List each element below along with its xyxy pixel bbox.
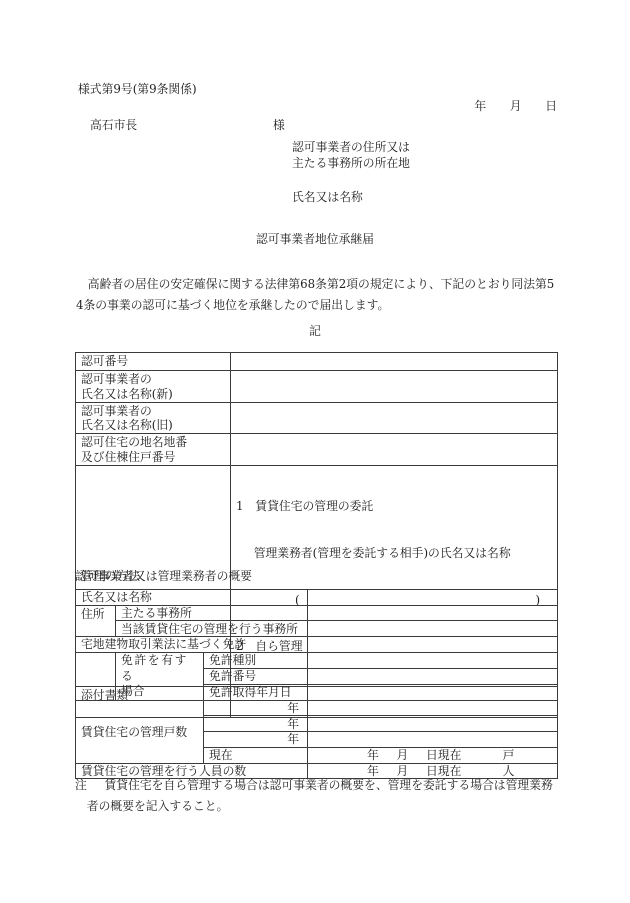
recipient-name: 高石市長 xyxy=(90,118,137,133)
units-current-label-cell: 現在 xyxy=(204,747,308,763)
overview-address-label-cell: 住所 xyxy=(76,605,116,636)
license-value-cell xyxy=(308,637,558,653)
units-year2-label-cell: 年 xyxy=(204,716,308,732)
management-option-1: 1 賃貸住宅の管理の委託 xyxy=(236,499,557,515)
recipient-honorific: 様 xyxy=(273,118,285,133)
managing-office-label-cell: 当該賃貸住宅の管理を行う事務所 xyxy=(116,621,308,637)
note-line-2: 者の概要を記入すること。 xyxy=(75,799,228,814)
license-label-cell: 宅地建物取引業法に基づく免許 xyxy=(76,637,308,653)
management-option-1-detail: 管理業務者(管理を委託する相手)の氏名又は名称 xyxy=(236,546,557,562)
operator-name-old-value-cell xyxy=(231,402,558,434)
license-case-label-cell: 免許を有する 場合 xyxy=(116,652,204,700)
main-office-value-cell xyxy=(308,605,558,621)
license-spacer-cell xyxy=(76,652,116,700)
body-line-1: 高齢者の居住の安定確保に関する法律第68条第2項の規定により、下記のとおり同法第… xyxy=(76,277,554,292)
approval-number-value-cell xyxy=(231,353,558,371)
operator-name-new-label-cell: 認可事業者の 氏名又は名称(新) xyxy=(76,371,231,403)
units-current-value-cell: 年 月 日現在 戸 xyxy=(308,747,558,763)
license-number-label-cell: 免許番号 xyxy=(204,668,308,684)
units-year2-value-cell xyxy=(308,716,558,732)
date-line: 年 月 日 xyxy=(380,99,557,114)
applicant-address-label-line2: 主たる事務所の所在地 xyxy=(292,156,410,171)
applicant-name-label: 氏名又は名称 xyxy=(292,190,363,205)
license-date-label-cell: 免許取得年月日 xyxy=(204,684,308,700)
applicant-address-label-line1: 認可事業者の住所又は xyxy=(292,140,410,155)
operator-name-new-value-cell xyxy=(231,371,558,403)
units-year3-value-cell xyxy=(308,732,558,748)
record-marker: 記 xyxy=(0,324,630,339)
overview-table: 氏名又は名称 住所 主たる事務所 当該賃貸住宅の管理を行う事務所 宅地建物取引業… xyxy=(75,589,558,779)
form-number: 様式第9号(第9条関係) xyxy=(78,82,197,97)
license-number-value-cell xyxy=(308,668,558,684)
housing-location-value-cell xyxy=(231,434,558,466)
units-year1-value-cell xyxy=(308,700,558,716)
managing-office-value-cell xyxy=(308,621,558,637)
license-date-value-cell xyxy=(308,684,558,700)
overview-name-label-cell: 氏名又は名称 xyxy=(76,590,308,606)
note-line-1: 注 賃貸住宅を自ら管理する場合は認可事業者の概要を、管理を委託する場合は管理業務 xyxy=(75,778,553,793)
approval-number-label: 認可番号 xyxy=(81,354,226,369)
approval-number-label-cell: 認可番号 xyxy=(76,353,231,371)
body-line-2: 4条の事業の認可に基づく地位を承継したので届出します。 xyxy=(76,298,389,313)
license-type-value-cell xyxy=(308,652,558,668)
managed-units-label-cell: 賃貸住宅の管理戸数 xyxy=(76,700,204,763)
overview-heading: 認可事業者又は管理業務者の概要 xyxy=(75,569,252,584)
operator-name-old-label-cell: 認可事業者の 氏名又は名称(旧) xyxy=(76,402,231,434)
document-page: 様式第9号(第9条関係) 年 月 日 高石市長 様 認可事業者の住所又は 主たる… xyxy=(0,0,630,903)
staff-count-label-cell: 賃貸住宅の管理を行う人員の数 xyxy=(76,763,308,779)
units-year1-label-cell: 年 xyxy=(204,700,308,716)
document-title: 認可事業者地位承継届 xyxy=(0,232,630,247)
overview-name-value-cell xyxy=(308,590,558,606)
staff-count-value-cell: 年 月 日現在 人 xyxy=(308,763,558,779)
main-office-label-cell: 主たる事務所 xyxy=(116,605,308,621)
housing-location-label-cell: 認可住宅の地名地番 及び住棟住戸番号 xyxy=(76,434,231,466)
license-type-label-cell: 免許種別 xyxy=(204,652,308,668)
units-year3-label-cell: 年 xyxy=(204,732,308,748)
